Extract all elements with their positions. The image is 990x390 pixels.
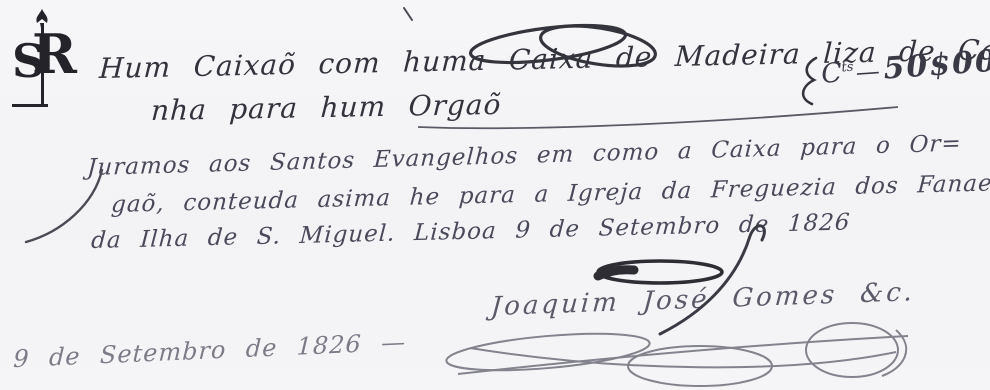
monogram-letter-r: R <box>32 27 77 81</box>
notary-monogram: S R <box>12 14 98 116</box>
signature-name: Joaquim José Gomes <box>490 280 838 322</box>
oath-line3: da Ilha de S. Miguel. Lisboa 9 de Setemb… <box>90 209 851 254</box>
currency-superscript: ts <box>841 60 854 76</box>
monogram-staff <box>41 24 44 104</box>
monogram-base <box>12 104 48 107</box>
receipt-line2: nha para hum Orgaõ <box>150 88 502 127</box>
date-underline-flourish <box>598 261 722 283</box>
footer-date: 9 de Setembro de 1826 — <box>13 328 407 373</box>
signature-paraph <box>445 323 908 386</box>
currency-mark: Cts <box>820 57 855 90</box>
document-scan: S R Hum Caixaõ com huma Caixa de Madeira… <box>0 0 990 390</box>
currency-letter: C <box>820 58 843 90</box>
oath-line2: gaõ, conteuda asima he para a Igreja da … <box>110 170 990 218</box>
amount-separator: — <box>855 57 881 87</box>
signature: Joaquim José Gomes &c. <box>490 277 916 322</box>
signature-suffix: &c. <box>836 277 916 310</box>
date-diagonal-flourish <box>660 226 764 334</box>
stray-pen-mark <box>404 8 412 20</box>
